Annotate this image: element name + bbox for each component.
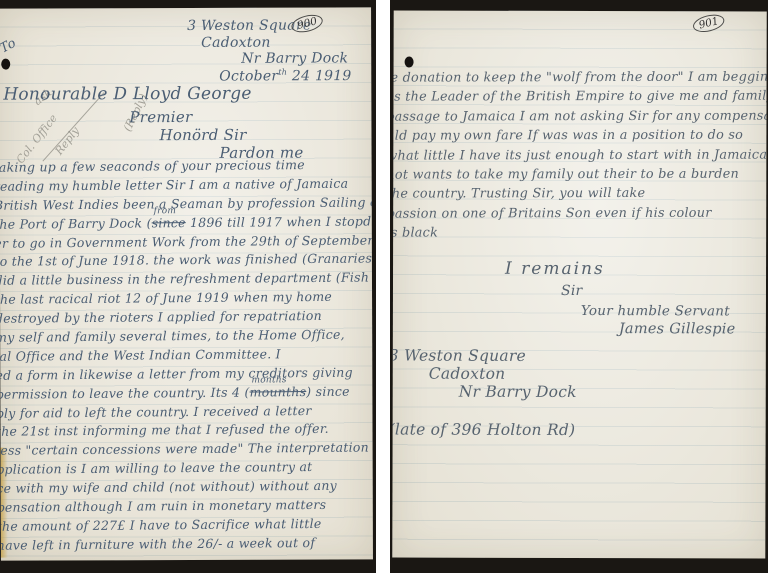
hole-punch-icon bbox=[405, 57, 414, 68]
address-line: Nr Barry Dock bbox=[459, 383, 577, 401]
inserted-word: months bbox=[251, 376, 286, 385]
address-line: Cadoxton bbox=[201, 34, 339, 51]
handwriting-line: le donation to keep the "wolf from the d… bbox=[392, 69, 766, 90]
address-line: Nr Barry Dock bbox=[241, 50, 339, 67]
handwriting-line: as the Leader of the British Empire to g… bbox=[392, 89, 766, 110]
handwriting-line: passage to Jamaica I am not asking Sir f… bbox=[392, 108, 766, 129]
date-line: Octoberth 24 1919 bbox=[219, 67, 339, 84]
struck-word: mounths bbox=[249, 384, 306, 399]
handwriting-line: is black bbox=[392, 225, 766, 246]
closing-sir: Sir bbox=[561, 283, 583, 299]
handwriting-line: what little I have its just enough to st… bbox=[392, 147, 766, 168]
address-line: 3 Weston Square bbox=[392, 347, 577, 365]
pencil-annotation: Col. Office bbox=[14, 112, 60, 166]
pencil-annotation: Reply bbox=[52, 124, 82, 157]
closing-servant: Your humble Servant bbox=[581, 303, 730, 319]
body-lines-group: taking up a few seaconds of your preciou… bbox=[0, 156, 373, 216]
sender-address-block: 3 Weston Square Cadoxton Nr Barry Dock O… bbox=[0, 17, 339, 84]
body-lines-group: ply for aid to left the country. I recei… bbox=[0, 402, 373, 557]
inserted-word: from bbox=[154, 207, 177, 216]
handwriting-line: passion on one of Britains Son even if h… bbox=[392, 205, 766, 226]
folio-number: 901 bbox=[691, 12, 726, 35]
struck-word: since bbox=[152, 215, 186, 230]
signature: James Gillespie bbox=[619, 321, 736, 337]
letter-page-right: 901 le donation to keep the "wolf from t… bbox=[392, 11, 766, 559]
body-lines-group: le donation to keep the "wolf from the d… bbox=[392, 69, 766, 245]
recipient-name: Honourable D Lloyd George bbox=[3, 84, 251, 105]
former-address-note: (late of 396 Holton Rd) bbox=[392, 421, 575, 439]
handwriting-line: uld pay my own fare If was was in a posi… bbox=[392, 128, 766, 149]
recipient-title: Premier bbox=[129, 108, 192, 126]
sender-address-block: 3 Weston Square Cadoxton Nr Barry Dock bbox=[392, 347, 577, 401]
salutation: Honörd Sir bbox=[159, 126, 246, 144]
letter-photo-right: 901 le donation to keep the "wolf from t… bbox=[390, 0, 768, 573]
handwriting-line: not wants to take my family out their to… bbox=[392, 166, 766, 187]
closing-remains: I remains bbox=[505, 259, 605, 279]
body-lines-group: er to go in Government Work from the 29t… bbox=[0, 232, 373, 387]
handwriting-line: the country. Trusting Sir, you will take bbox=[392, 186, 766, 207]
letter-body-right: le donation to keep the "wolf from the d… bbox=[392, 69, 766, 245]
address-line: Cadoxton bbox=[429, 365, 577, 383]
letter-body-left: taking up a few seaconds of your preciou… bbox=[0, 156, 373, 556]
handwriting-line: have left in furniture with the 26/- a w… bbox=[0, 534, 373, 557]
letter-photo-left: 3 Weston Square Cadoxton Nr Barry Dock O… bbox=[0, 0, 376, 573]
scanned-letter-spread: 3 Weston Square Cadoxton Nr Barry Dock O… bbox=[0, 0, 768, 573]
letter-page-left: 3 Weston Square Cadoxton Nr Barry Dock O… bbox=[0, 7, 373, 560]
